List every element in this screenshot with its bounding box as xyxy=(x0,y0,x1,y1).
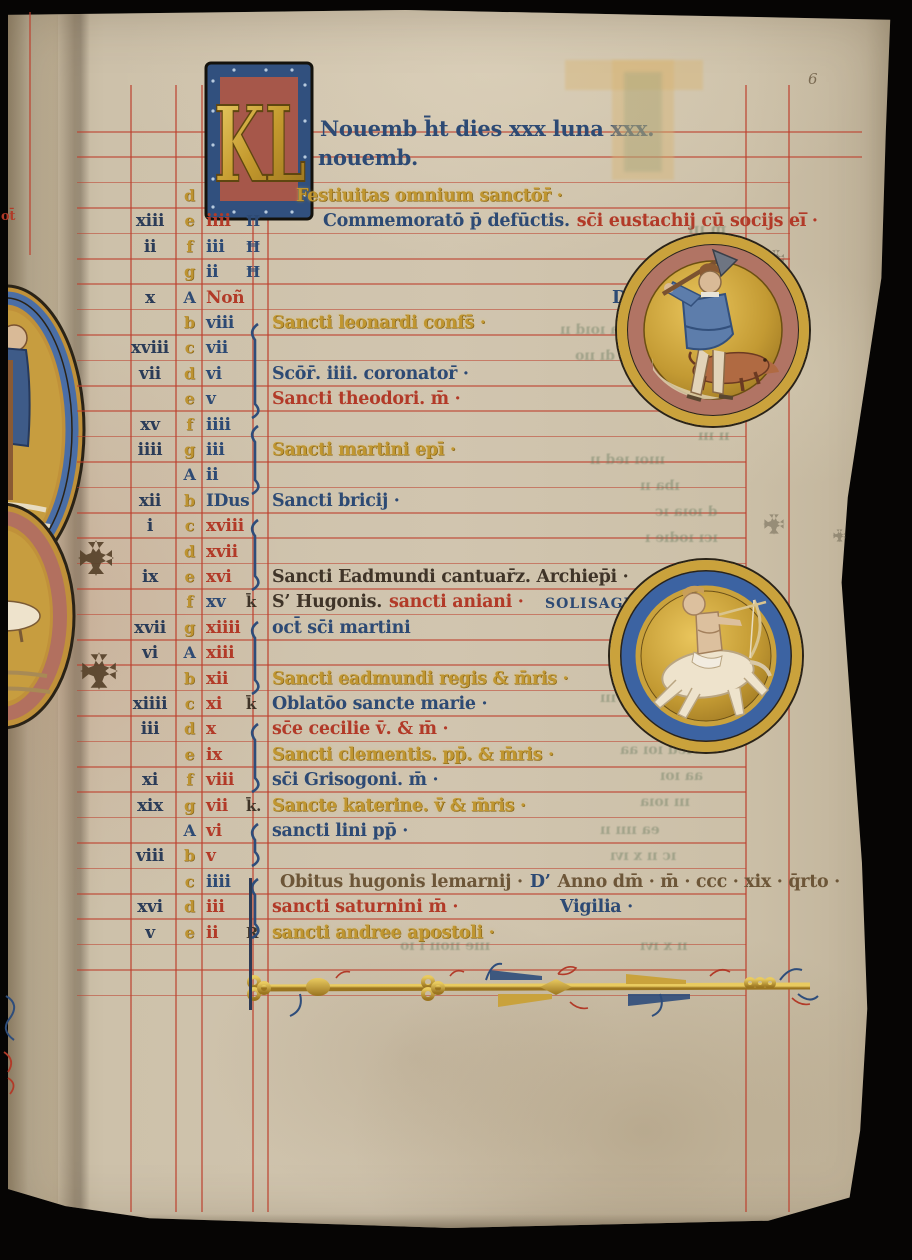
paraph-bracket xyxy=(248,822,264,868)
maltese-cross xyxy=(76,538,116,578)
golden-number: ix xyxy=(124,569,176,586)
paraph-bracket xyxy=(248,424,264,496)
roman-day-number: xvii xyxy=(206,544,238,561)
feast-segment: sancti lini pp̄ · xyxy=(272,821,408,841)
roman-day-number: v xyxy=(206,848,216,865)
calendar-row-nov-28: ciiiiObitus hugonis lemarnij ·D’Anno dm̄… xyxy=(0,872,912,897)
roman-day-number: ii xyxy=(206,467,218,484)
dominical-letter: A xyxy=(177,467,202,483)
feast-segment: sancti aniani · xyxy=(389,592,524,612)
feast-entry: oct̄ sc̄i martini xyxy=(272,620,417,638)
calendar-row-nov-27: viiibv xyxy=(0,846,912,871)
dominical-letter: g xyxy=(177,442,202,458)
feast-entry: sancti saturnini m̄ · xyxy=(272,899,465,917)
page-bottom-edge xyxy=(43,1214,856,1228)
feast-entry: Sancti eadmundi regis & m̄ris · xyxy=(272,671,575,689)
feast-segment: Festiuitas omnium sanctōr̄ · xyxy=(296,186,562,206)
roman-day-number: viii xyxy=(206,772,234,789)
calendar-row-nov-26: Avisancti lini pp̄ · xyxy=(0,821,912,846)
kalend-mark: Ħ xyxy=(246,214,260,229)
golden-number: iiii xyxy=(124,442,176,459)
calendar-row-nov-1: dFestiuitas omnium sanctōr̄ · xyxy=(0,186,912,211)
dominical-letter: g xyxy=(177,620,202,636)
showthrough-fragment: d ıoıa ıc xyxy=(655,504,717,520)
golden-number: xiii xyxy=(124,213,176,230)
folio-number: 6 xyxy=(808,72,817,87)
feast-entry: sc̄e cecilie v̄. & m̄ · xyxy=(272,721,455,739)
roundel-zodiac-sagittarius xyxy=(606,556,806,756)
feast-entry: sc̄i Grisogoni. m̄ · xyxy=(272,772,445,790)
dominical-letter: b xyxy=(177,315,202,331)
dominical-letter: c xyxy=(177,340,202,356)
golden-number: xvi xyxy=(124,899,176,916)
dominical-letter: g xyxy=(177,798,202,814)
golden-number: i xyxy=(124,518,176,535)
dominical-letter: f xyxy=(177,594,202,610)
golden-number: v xyxy=(124,925,176,942)
feast-segment: S’ Hugonis. xyxy=(272,592,382,612)
dominical-letter: c xyxy=(177,696,202,712)
dominical-letter: e xyxy=(177,391,202,407)
feast-segment: Sancte katerine. v̄ & m̄ris · xyxy=(272,796,526,816)
calendar-row-nov-25: xixgviik̄.Sancte katerine. v̄ & m̄ris · xyxy=(0,796,912,821)
manuscript-photo: KL Nouemb h̄t dies xxx luna xxx. nouemb.… xyxy=(0,0,912,1260)
golden-number: x xyxy=(124,290,176,307)
feast-segment: sc̄e cecilie v̄. & m̄ · xyxy=(272,719,448,739)
calendar-row-nov-12: Aii xyxy=(0,465,912,490)
showthrough-fragment: ıı ııı xyxy=(698,428,729,444)
dominical-letter: f xyxy=(177,417,202,433)
edge-flourish xyxy=(0,990,40,1100)
feast-segment: Anno dm̄ · m̄ · ccc · xix · q̄rto · xyxy=(557,872,839,892)
golden-number: ii xyxy=(124,239,176,256)
maltese-cross xyxy=(832,528,847,543)
feast-segment: Sancti leonardi confs̄ · xyxy=(272,313,486,333)
calendar-row-nov-24: xifviiisc̄i Grisogoni. m̄ · xyxy=(0,770,912,795)
dominical-letter: b xyxy=(177,493,202,509)
maltese-cross xyxy=(78,650,120,692)
showthrough-fragment: ıcı ıodıe ı xyxy=(645,530,718,546)
kalend-mark: Ħ xyxy=(246,240,260,255)
month-heading: Nouemb h̄t dies xxx luna xxx. xyxy=(320,118,654,139)
roman-day-number: xv xyxy=(206,594,225,611)
feast-entry: Scōr̄. iiii. coronator̄ · xyxy=(272,366,476,384)
roman-day-number: vi xyxy=(206,823,222,840)
golden-number: viii xyxy=(124,848,176,865)
feast-entry: Sancti theodori. m̄ · xyxy=(272,391,467,409)
column-terminal-line xyxy=(249,878,252,1010)
roman-day-number: vii xyxy=(206,798,228,815)
golden-number: xvii xyxy=(124,620,176,637)
paraph-bracket xyxy=(248,620,264,696)
edge-text-fragment: ot̄ xyxy=(1,210,15,223)
kalend-mark: Ħ xyxy=(246,265,260,280)
golden-number: xii xyxy=(124,493,176,510)
feast-segment: oct̄ sc̄i martini xyxy=(272,618,410,638)
dominical-letter: g xyxy=(177,264,202,280)
feast-segment: Commemoratō p̄ defūctis. xyxy=(323,211,570,231)
paraph-bracket xyxy=(248,518,264,592)
rule-horizontal xyxy=(77,182,790,184)
golden-number: vii xyxy=(124,366,176,383)
line-filler-flourish xyxy=(240,950,840,1030)
golden-number: xix xyxy=(124,798,176,815)
paraph-bracket xyxy=(248,722,264,794)
kalend-mark: k̄ xyxy=(246,697,256,712)
golden-number: xi xyxy=(124,772,176,789)
feast-segment: D’ xyxy=(530,872,551,892)
showthrough-fragment: ıııoı ıed ıı xyxy=(590,452,665,468)
feast-segment: Scōr̄. iiii. coronator̄ · xyxy=(272,364,469,384)
roman-day-number: iii xyxy=(206,239,224,256)
feast-segment: Sancti martini epī · xyxy=(272,440,456,460)
feast-entry: Sancti bricij · xyxy=(272,493,407,511)
roman-day-number: ix xyxy=(206,747,222,764)
roundel-november-labour xyxy=(613,230,813,430)
roman-day-number: xiiii xyxy=(206,620,240,637)
dominical-letter: d xyxy=(177,544,202,560)
feast-entry: Obitus hugonis lemarnij ·D’Anno dm̄ · m̄… xyxy=(280,874,847,892)
dominical-letter: e xyxy=(177,747,202,763)
roman-day-number: iiii xyxy=(206,417,231,434)
roman-day-number: viii xyxy=(206,315,234,332)
golden-number: xiiii xyxy=(124,696,176,713)
showthrough-initial-inner xyxy=(624,72,662,172)
roman-day-number: vi xyxy=(206,366,222,383)
roman-day-number: xviii xyxy=(206,518,244,535)
dominical-letter: A xyxy=(177,645,202,661)
feast-entry: Commemoratō p̄ defūctis.sc̄i eustachij … xyxy=(323,213,825,231)
dominical-letter: e xyxy=(177,925,202,941)
feast-segment: sancti saturnini m̄ · xyxy=(272,897,458,917)
showthrough-fragment: ıba ıı xyxy=(640,478,680,494)
roman-day-number: iii xyxy=(206,442,224,459)
feast-segment: Oblatōo sancte marie · xyxy=(272,694,487,714)
golden-number: iii xyxy=(124,721,176,738)
roman-day-number: Noñ xyxy=(206,290,244,307)
golden-number: xviii xyxy=(124,340,176,357)
calendar-row-nov-29: xvidiiisancti saturnini m̄ ·Vigilia · xyxy=(0,897,912,922)
showthrough-fragment: ıc ıı x ıvı xyxy=(610,848,676,864)
showthrough-fragment: ııı ıoıa xyxy=(640,794,690,810)
feast-segment: Sancti bricij · xyxy=(272,491,400,511)
dominical-letter: A xyxy=(177,290,202,306)
roman-day-number: ii xyxy=(206,264,218,281)
showthrough-fragment: ea ıııı ıı xyxy=(600,822,660,838)
feast-segment: Sancti theodori. m̄ · xyxy=(272,389,460,409)
kalend-mark: k̄. xyxy=(246,799,261,814)
showthrough-fragment: aa ıoı xyxy=(660,768,703,784)
dominical-letter: c xyxy=(177,874,202,890)
feast-segment: Sancti eadmundi regis & m̄ris · xyxy=(272,669,568,689)
roman-day-number: iiii xyxy=(206,213,231,230)
feast-entry: Sancti clementis. pp̄. & m̄ris · xyxy=(272,747,561,765)
feast-segment: Sancti clementis. pp̄. & m̄ris · xyxy=(272,745,554,765)
roman-day-number: x xyxy=(206,721,216,738)
roman-day-number: xi xyxy=(206,696,222,713)
golden-number: vi xyxy=(124,645,176,662)
feast-entry: Sancti leonardi confs̄ · xyxy=(272,315,493,333)
dominical-letter: f xyxy=(177,772,202,788)
feast-entry: S’ Hugonis.sancti aniani · xyxy=(272,594,531,612)
feast-entry: Sancte katerine. v̄ & m̄ris · xyxy=(272,798,533,816)
calendar-row-nov-11: iiiigiiiSancti martini epī · xyxy=(0,440,912,465)
feast-segment: sc̄i Grisogoni. m̄ · xyxy=(272,770,438,790)
roman-day-number: iii xyxy=(206,899,224,916)
roman-day-number: v xyxy=(206,391,216,408)
golden-number: xv xyxy=(124,417,176,434)
dominical-letter: d xyxy=(177,366,202,382)
dominical-letter: f xyxy=(177,239,202,255)
feast-entry: Sancti Eadmundi cantuar̄z. Archiep̄i · xyxy=(272,569,635,587)
roman-day-number: ii xyxy=(206,925,218,942)
dominical-letter: d xyxy=(177,899,202,915)
dominical-letter: d xyxy=(177,721,202,737)
roman-day-number: xii xyxy=(206,671,228,688)
dominical-letter: b xyxy=(177,848,202,864)
feast-entry: Festiuitas omnium sanctōr̄ · xyxy=(296,188,569,206)
roman-day-number: IDus xyxy=(206,493,249,510)
roman-day-number: iiii xyxy=(206,874,231,891)
dominical-letter: e xyxy=(177,213,202,229)
paraph-bracket xyxy=(248,322,264,420)
kalend-mark: k̄ xyxy=(246,595,256,610)
feast-segment: Obitus hugonis lemarnij · xyxy=(280,872,523,892)
month-heading-2: nouemb. xyxy=(318,147,418,168)
dominical-letter: d xyxy=(177,188,202,204)
dominical-letter: e xyxy=(177,569,202,585)
dominical-letter: c xyxy=(177,518,202,534)
roman-day-number: xiii xyxy=(206,645,234,662)
feast-entry: Oblatōo sancte marie · xyxy=(272,696,494,714)
roman-day-number: xvi xyxy=(206,569,232,586)
feast-entry: sancti lini pp̄ · xyxy=(272,823,415,841)
feast-segment: Sancti Eadmundi cantuar̄z. Archiep̄i · xyxy=(272,567,628,587)
dominical-letter: b xyxy=(177,671,202,687)
maltese-cross xyxy=(762,512,786,536)
roman-day-number: vii xyxy=(206,340,228,357)
feast-entry: Sancti martini epī · xyxy=(272,442,463,460)
dominical-letter: A xyxy=(177,823,202,839)
feast-segment: Vigilia · xyxy=(560,899,633,917)
